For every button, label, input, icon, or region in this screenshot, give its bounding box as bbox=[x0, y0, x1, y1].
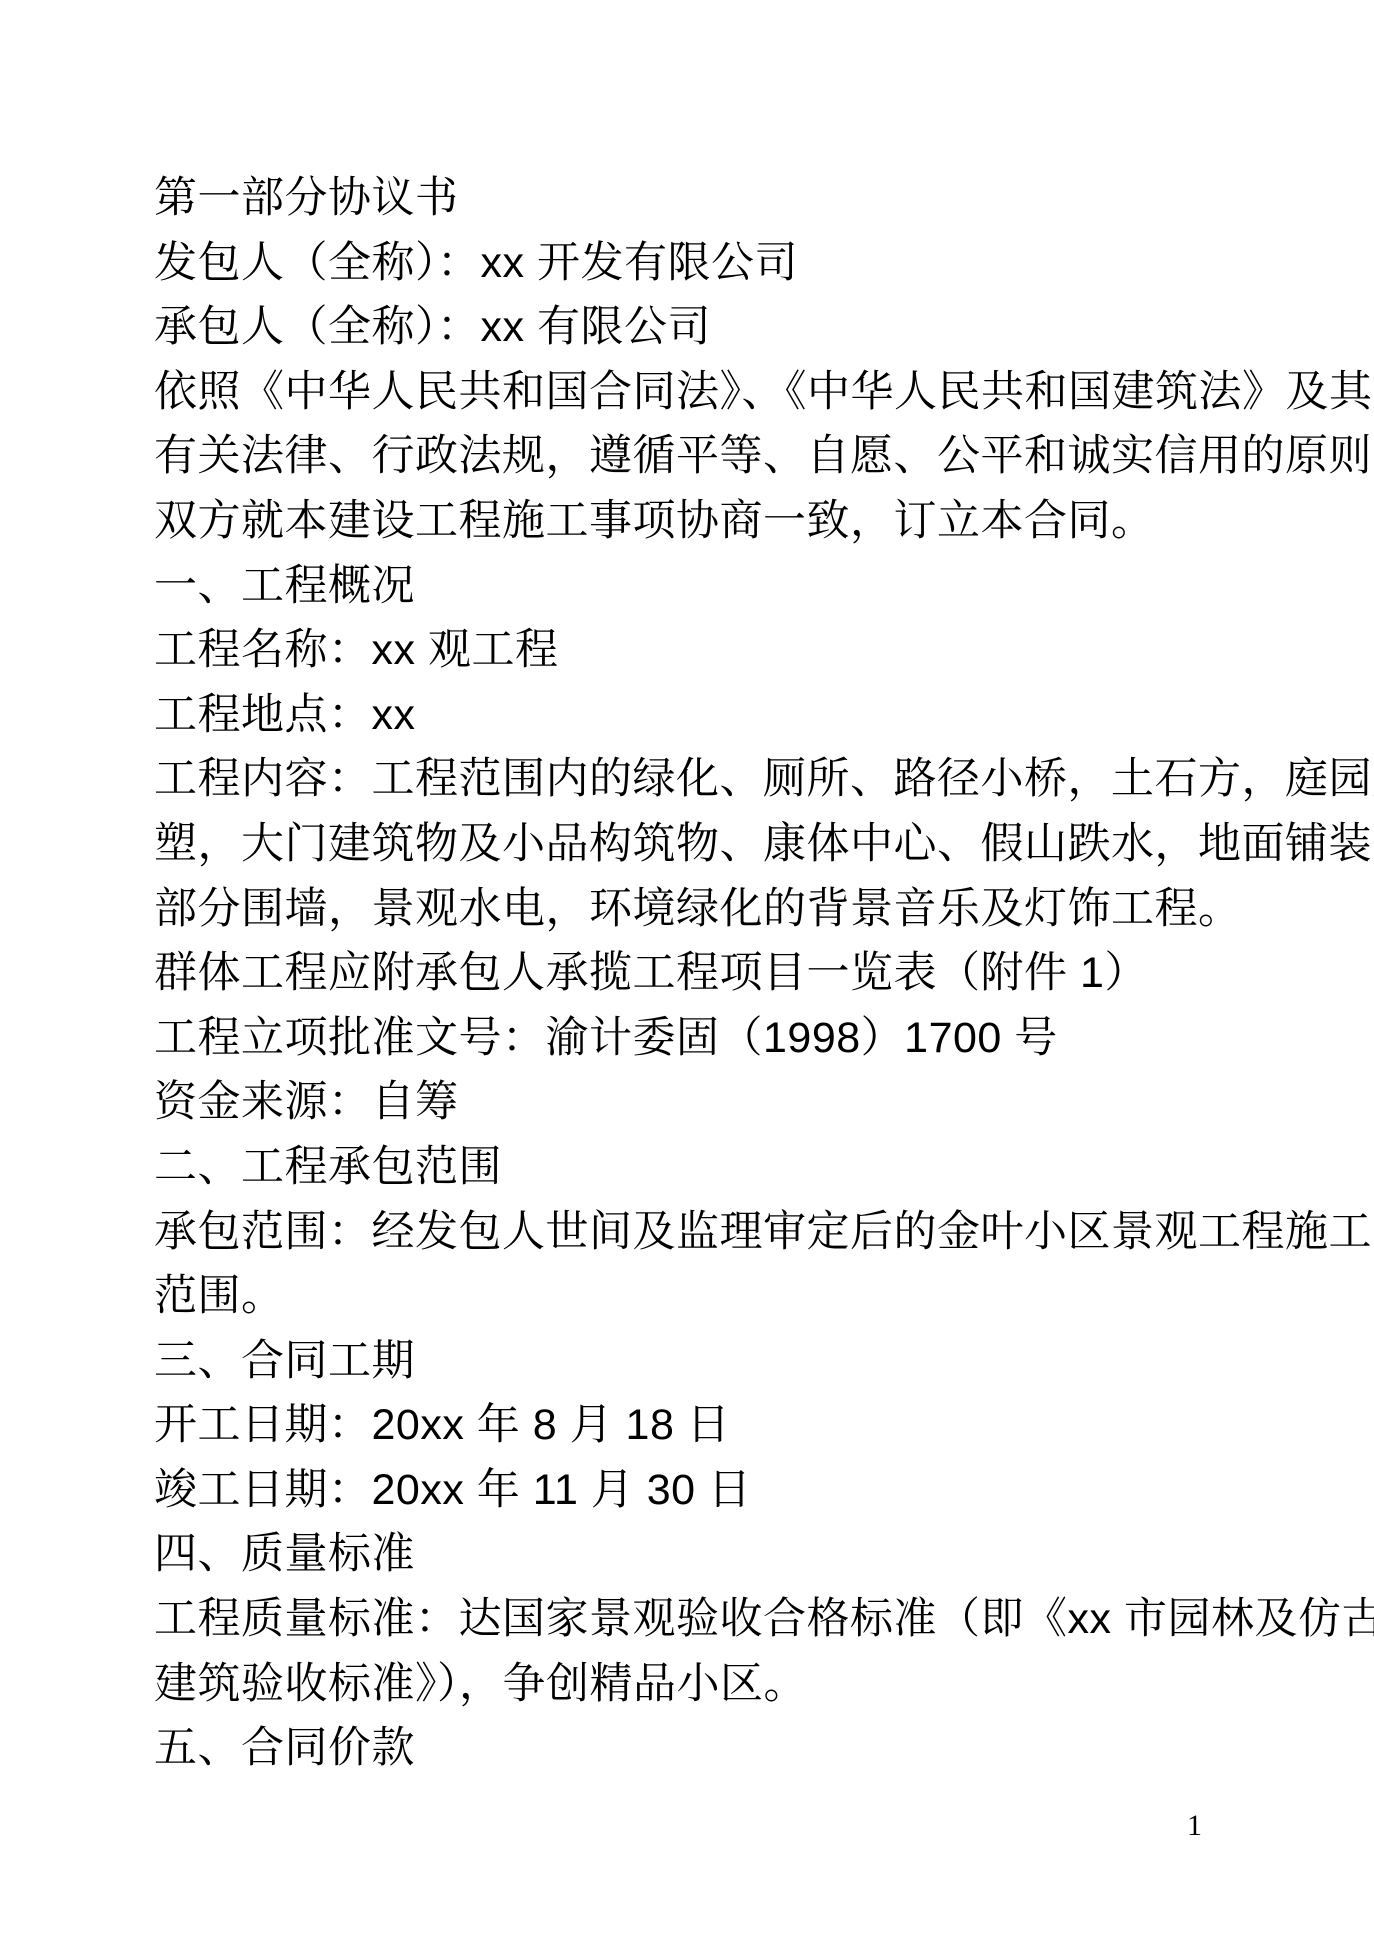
text-line: 工程立项批准文号：渝计委固（1998）1700 号 bbox=[154, 1006, 1240, 1071]
text-line: 塑，大门建筑物及小品构筑物、康体中心、假山跌水，地面铺装， bbox=[154, 812, 1240, 877]
text-line: 四、质量标准 bbox=[154, 1522, 1240, 1587]
text-line: 建筑验收标准》），争创精品小区。 bbox=[154, 1652, 1240, 1717]
text-line: 资金来源：自筹 bbox=[154, 1070, 1240, 1135]
text-line: 依照《中华人民共和国合同法》、《中华人民共和国建筑法》及其他 bbox=[154, 360, 1240, 425]
document-page: 第一部分协议书发包人（全称）：xx 开发有限公司承包人（全称）：xx 有限公司依… bbox=[0, 0, 1374, 1942]
text-line: 承包范围：经发包人世间及监理审定后的金叶小区景观工程施工图 bbox=[154, 1200, 1240, 1265]
text-line: 范围。 bbox=[154, 1264, 1240, 1329]
text-line: 工程地点：xx bbox=[154, 683, 1240, 748]
text-line: 承包人（全称）：xx 有限公司 bbox=[154, 295, 1240, 360]
text-line: 发包人（全称）：xx 开发有限公司 bbox=[154, 231, 1240, 296]
text-line: 部分围墙，景观水电，环境绿化的背景音乐及灯饰工程。 bbox=[154, 877, 1240, 942]
text-line: 一、工程概况 bbox=[154, 554, 1240, 619]
text-line: 三、合同工期 bbox=[154, 1329, 1240, 1394]
text-line: 工程内容：工程范围内的绿化、厕所、路径小桥，土石方，庭园雕 bbox=[154, 747, 1240, 812]
text-line: 有关法律、行政法规，遵循平等、自愿、公平和诚实信用的原则， bbox=[154, 424, 1240, 489]
text-line: 二、工程承包范围 bbox=[154, 1135, 1240, 1200]
text-line: 五、合同价款 bbox=[154, 1716, 1240, 1781]
text-line: 第一部分协议书 bbox=[154, 166, 1240, 231]
page-number: 1 bbox=[1187, 1808, 1202, 1844]
text-line: 竣工日期：20xx 年 11 月 30 日 bbox=[154, 1458, 1240, 1523]
text-line: 双方就本建设工程施工事项协商一致，订立本合同。 bbox=[154, 489, 1240, 554]
text-line: 工程质量标准：达国家景观验收合格标准（即《xx 市园林及仿古 bbox=[154, 1587, 1240, 1652]
text-line: 工程名称：xx 观工程 bbox=[154, 618, 1240, 683]
text-line: 群体工程应附承包人承揽工程项目一览表（附件 1） bbox=[154, 941, 1240, 1006]
document-body: 第一部分协议书发包人（全称）：xx 开发有限公司承包人（全称）：xx 有限公司依… bbox=[154, 166, 1240, 1781]
text-line: 开工日期：20xx 年 8 月 18 日 bbox=[154, 1393, 1240, 1458]
